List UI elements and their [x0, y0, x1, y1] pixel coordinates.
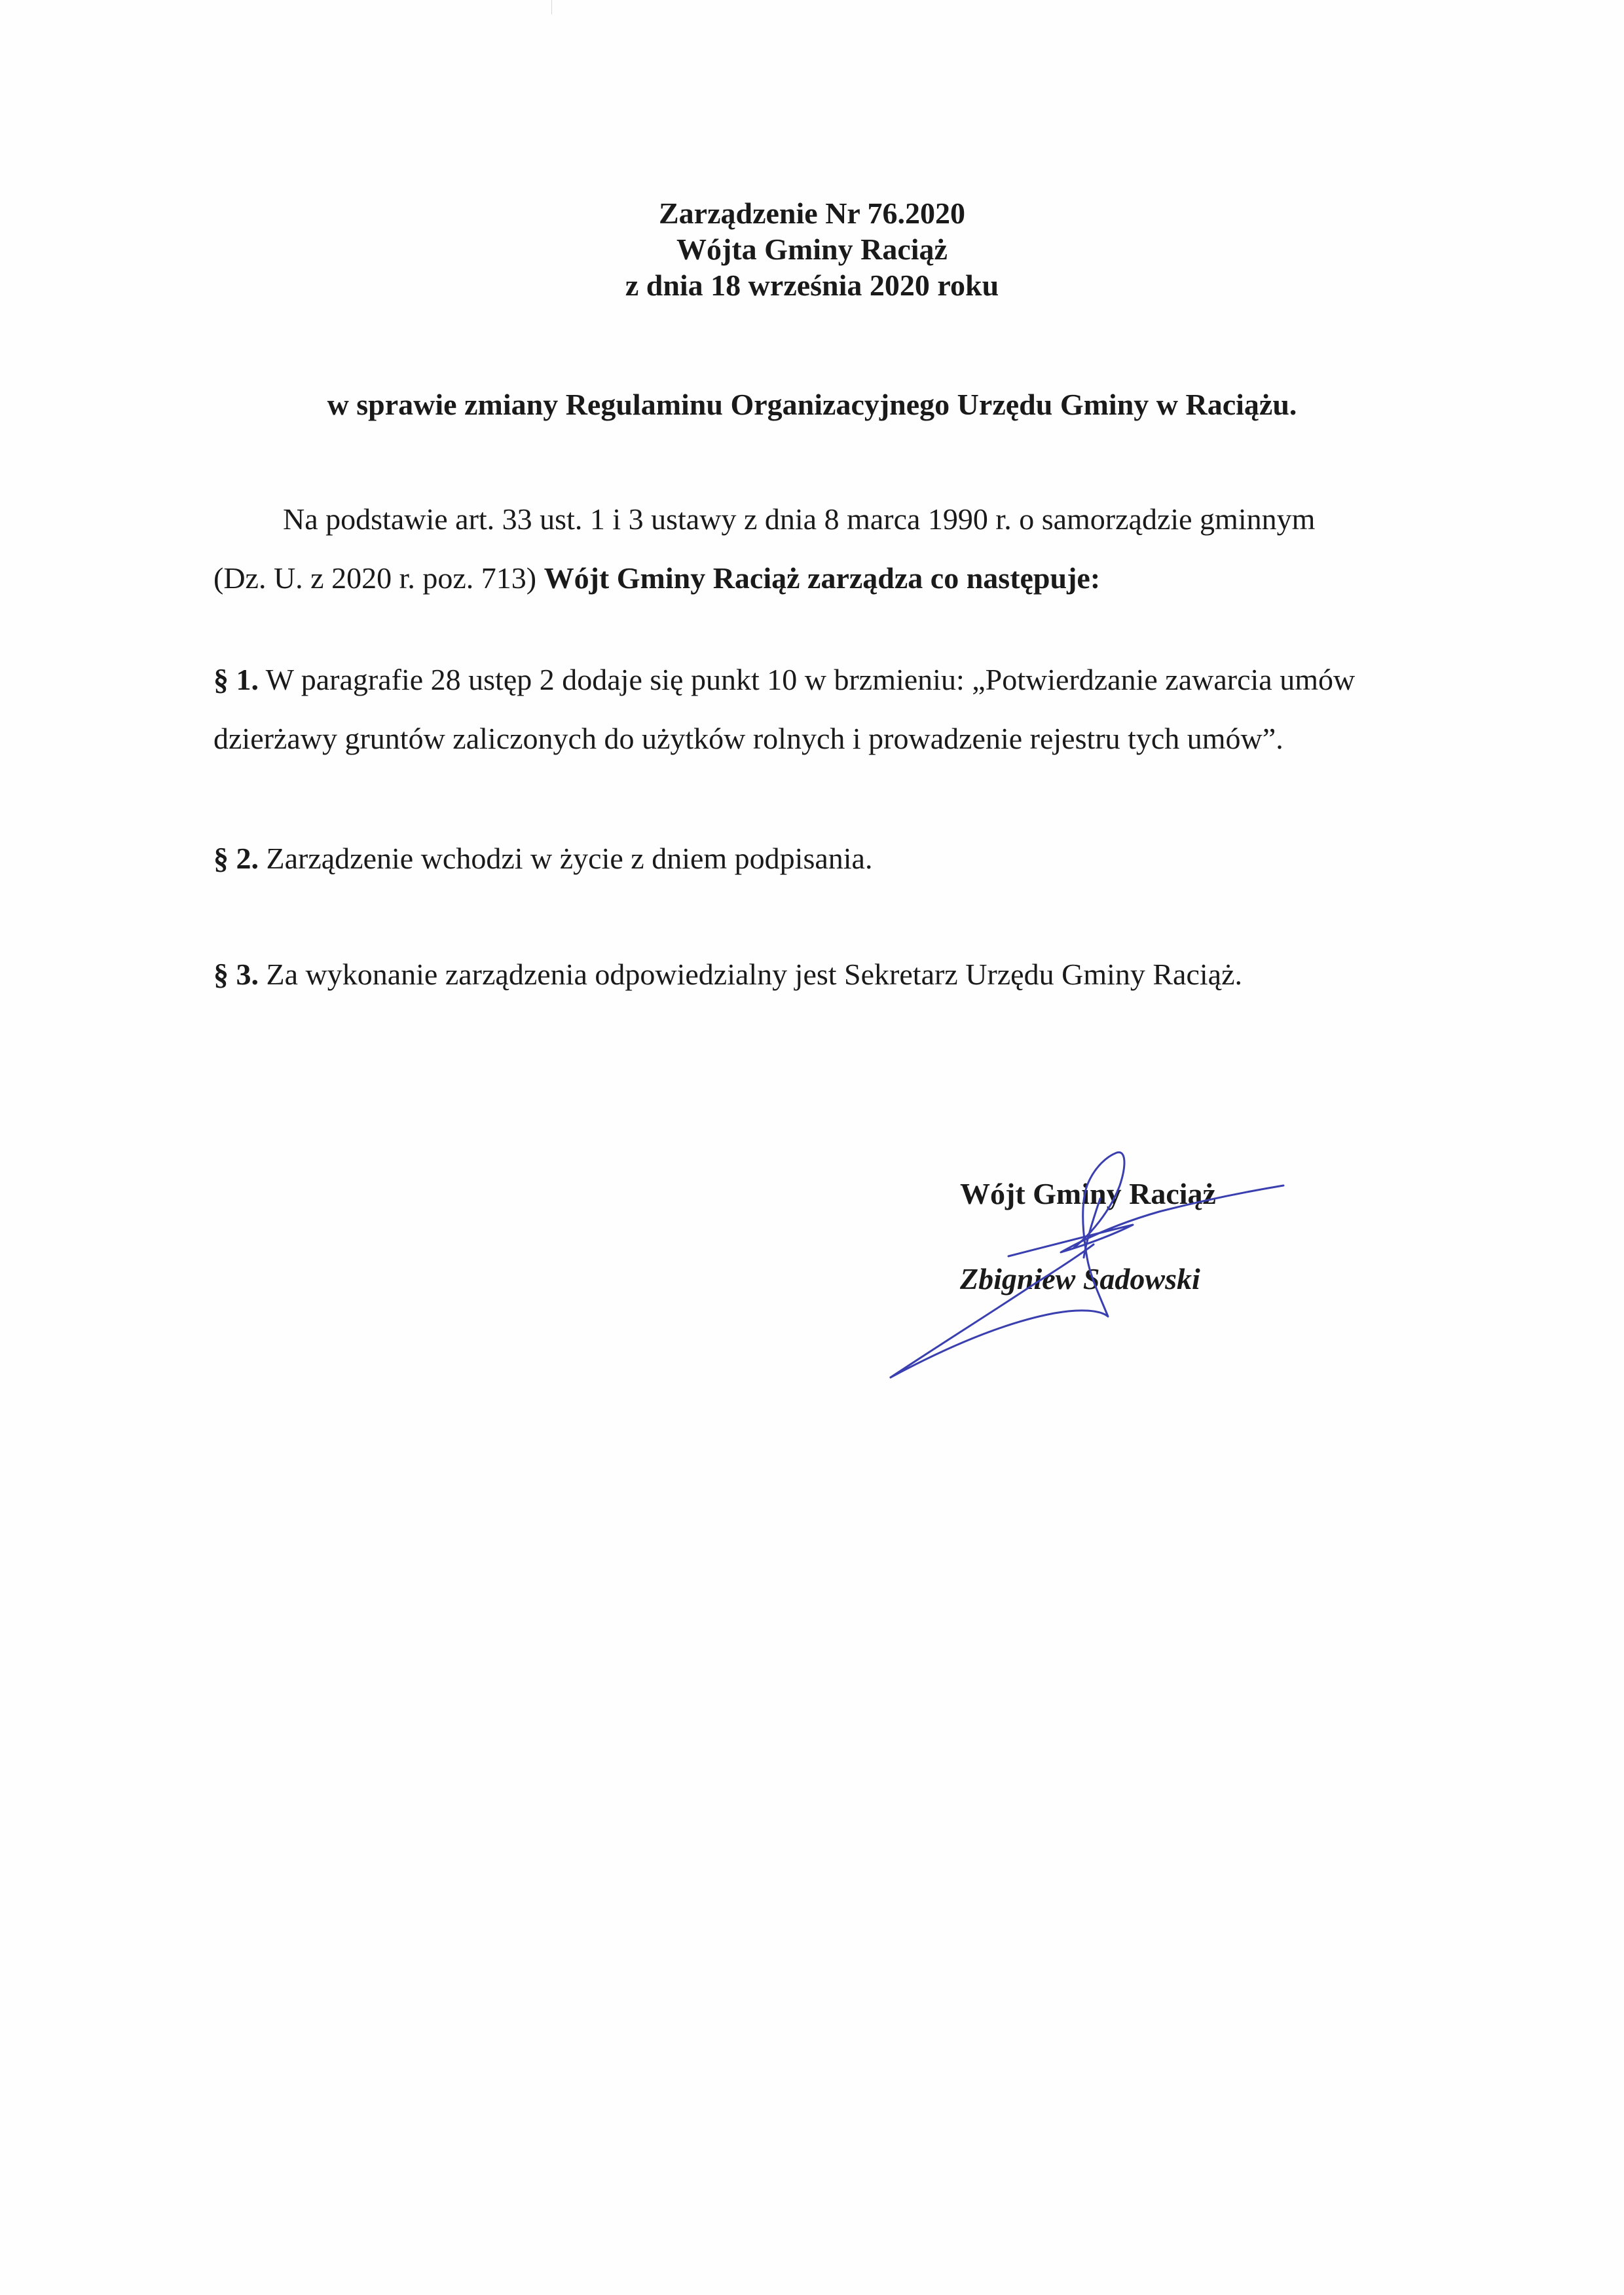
document-subject: w sprawie zmiany Regulaminu Organizacyjn…	[0, 386, 1624, 423]
paragraph-1-continuation: dzierżawy gruntów zaliczonych do użytków…	[213, 720, 1431, 757]
preamble-line-1: Na podstawie art. 33 ust. 1 i 3 ustawy z…	[283, 501, 1501, 538]
document-page: Zarządzenie Nr 76.2020 Wójta Gminy Racią…	[0, 0, 1624, 2295]
paragraph-2-text: Zarządzenie wchodzi w życie z dniem podp…	[259, 842, 872, 875]
document-heading: Zarządzenie Nr 76.2020 Wójta Gminy Racią…	[0, 195, 1624, 303]
paragraph-2: § 2. Zarządzenie wchodzi w życie z dniem…	[213, 840, 1431, 877]
legal-reference: (Dz. U. z 2020 r. poz. 713)	[213, 561, 544, 595]
paragraph-3: § 3. Za wykonanie zarządzenia odpowiedzi…	[213, 956, 1431, 993]
preamble-line-2: (Dz. U. z 2020 r. poz. 713) Wójt Gminy R…	[213, 560, 1431, 597]
paragraph-1: § 1. W paragrafie 28 ustęp 2 dodaje się …	[213, 662, 1431, 698]
issuing-authority: Wójta Gminy Raciąż	[0, 231, 1624, 267]
paragraph-1-number: § 1.	[213, 663, 259, 696]
issue-date: z dnia 18 września 2020 roku	[0, 267, 1624, 303]
paragraph-2-number: § 2.	[213, 842, 259, 875]
paragraph-3-number: § 3.	[213, 958, 259, 991]
paragraph-1-text: W paragrafie 28 ustęp 2 dodaje się punkt…	[259, 663, 1355, 696]
ordinance-number: Zarządzenie Nr 76.2020	[0, 195, 1624, 231]
decree-statement: Wójt Gminy Raciąż zarządza co następuje:	[544, 561, 1101, 595]
signature-title: Wójt Gminy Raciąż	[960, 1176, 1216, 1212]
scan-artifact	[551, 0, 552, 14]
paragraph-3-text: Za wykonanie zarządzenia odpowiedzialny …	[259, 958, 1242, 991]
signatory-name: Zbigniew Sadowski	[960, 1261, 1200, 1297]
